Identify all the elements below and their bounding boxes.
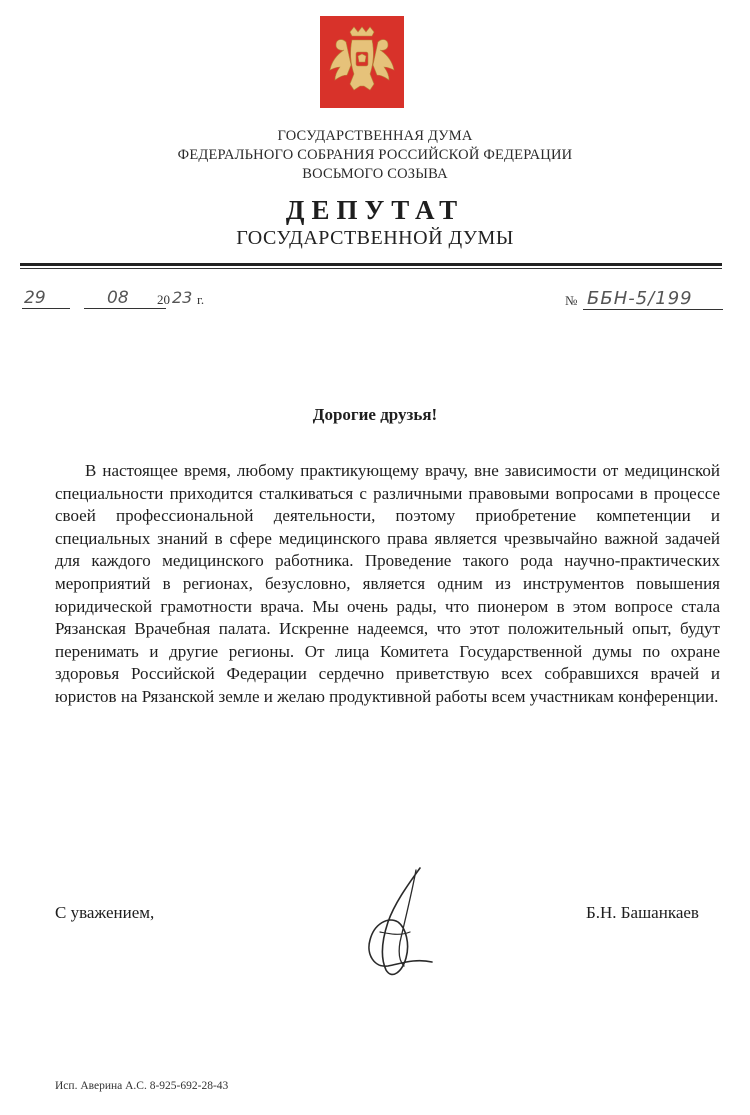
letter-body: В настоящее время, любому практикующему …: [55, 460, 720, 709]
date-year: 23: [172, 288, 192, 307]
letter-greeting: Дорогие друзья!: [0, 405, 750, 425]
date-month: 08: [107, 288, 129, 308]
date-year-prefix: 20: [157, 292, 170, 308]
letterhead-subtitle: ГОСУДАРСТВЕННОЙ ДУМЫ: [0, 227, 750, 250]
number-line: [583, 309, 723, 310]
handwritten-signature: [340, 862, 450, 982]
header-divider-thick: [20, 263, 722, 266]
number-value: ББН-5/199: [587, 288, 693, 309]
signature-icon: [340, 862, 450, 982]
date-month-line: [84, 308, 166, 309]
coat-of-arms-emblem: [320, 16, 404, 108]
org-line-2: ФЕДЕРАЛЬНОГО СОБРАНИЯ РОССИЙСКОЙ ФЕДЕРАЦ…: [0, 147, 750, 164]
date-day-line: [22, 308, 70, 309]
body-paragraph: В настоящее время, любому практикующему …: [55, 460, 720, 709]
double-headed-eagle-icon: [320, 16, 404, 108]
org-line-1: ГОСУДАРСТВЕННАЯ ДУМА: [0, 128, 750, 145]
document-date: 29 08 20 23 г.: [22, 288, 262, 312]
date-suffix: г.: [197, 292, 204, 308]
letterhead-title: ДЕПУТАТ: [0, 195, 750, 226]
number-label: №: [565, 293, 577, 309]
org-line-3: ВОСЬМОГО СОЗЫВА: [0, 166, 750, 183]
executor-contact: Исп. Аверина А.С. 8-925-692-28-43: [55, 1080, 228, 1092]
header-divider-thin: [20, 268, 722, 269]
letter-closing: С уважением,: [55, 903, 154, 923]
document-number: № ББН-5/199: [565, 288, 725, 314]
signer-name: Б.Н. Башанкаев: [586, 903, 699, 923]
date-day: 29: [24, 288, 46, 308]
